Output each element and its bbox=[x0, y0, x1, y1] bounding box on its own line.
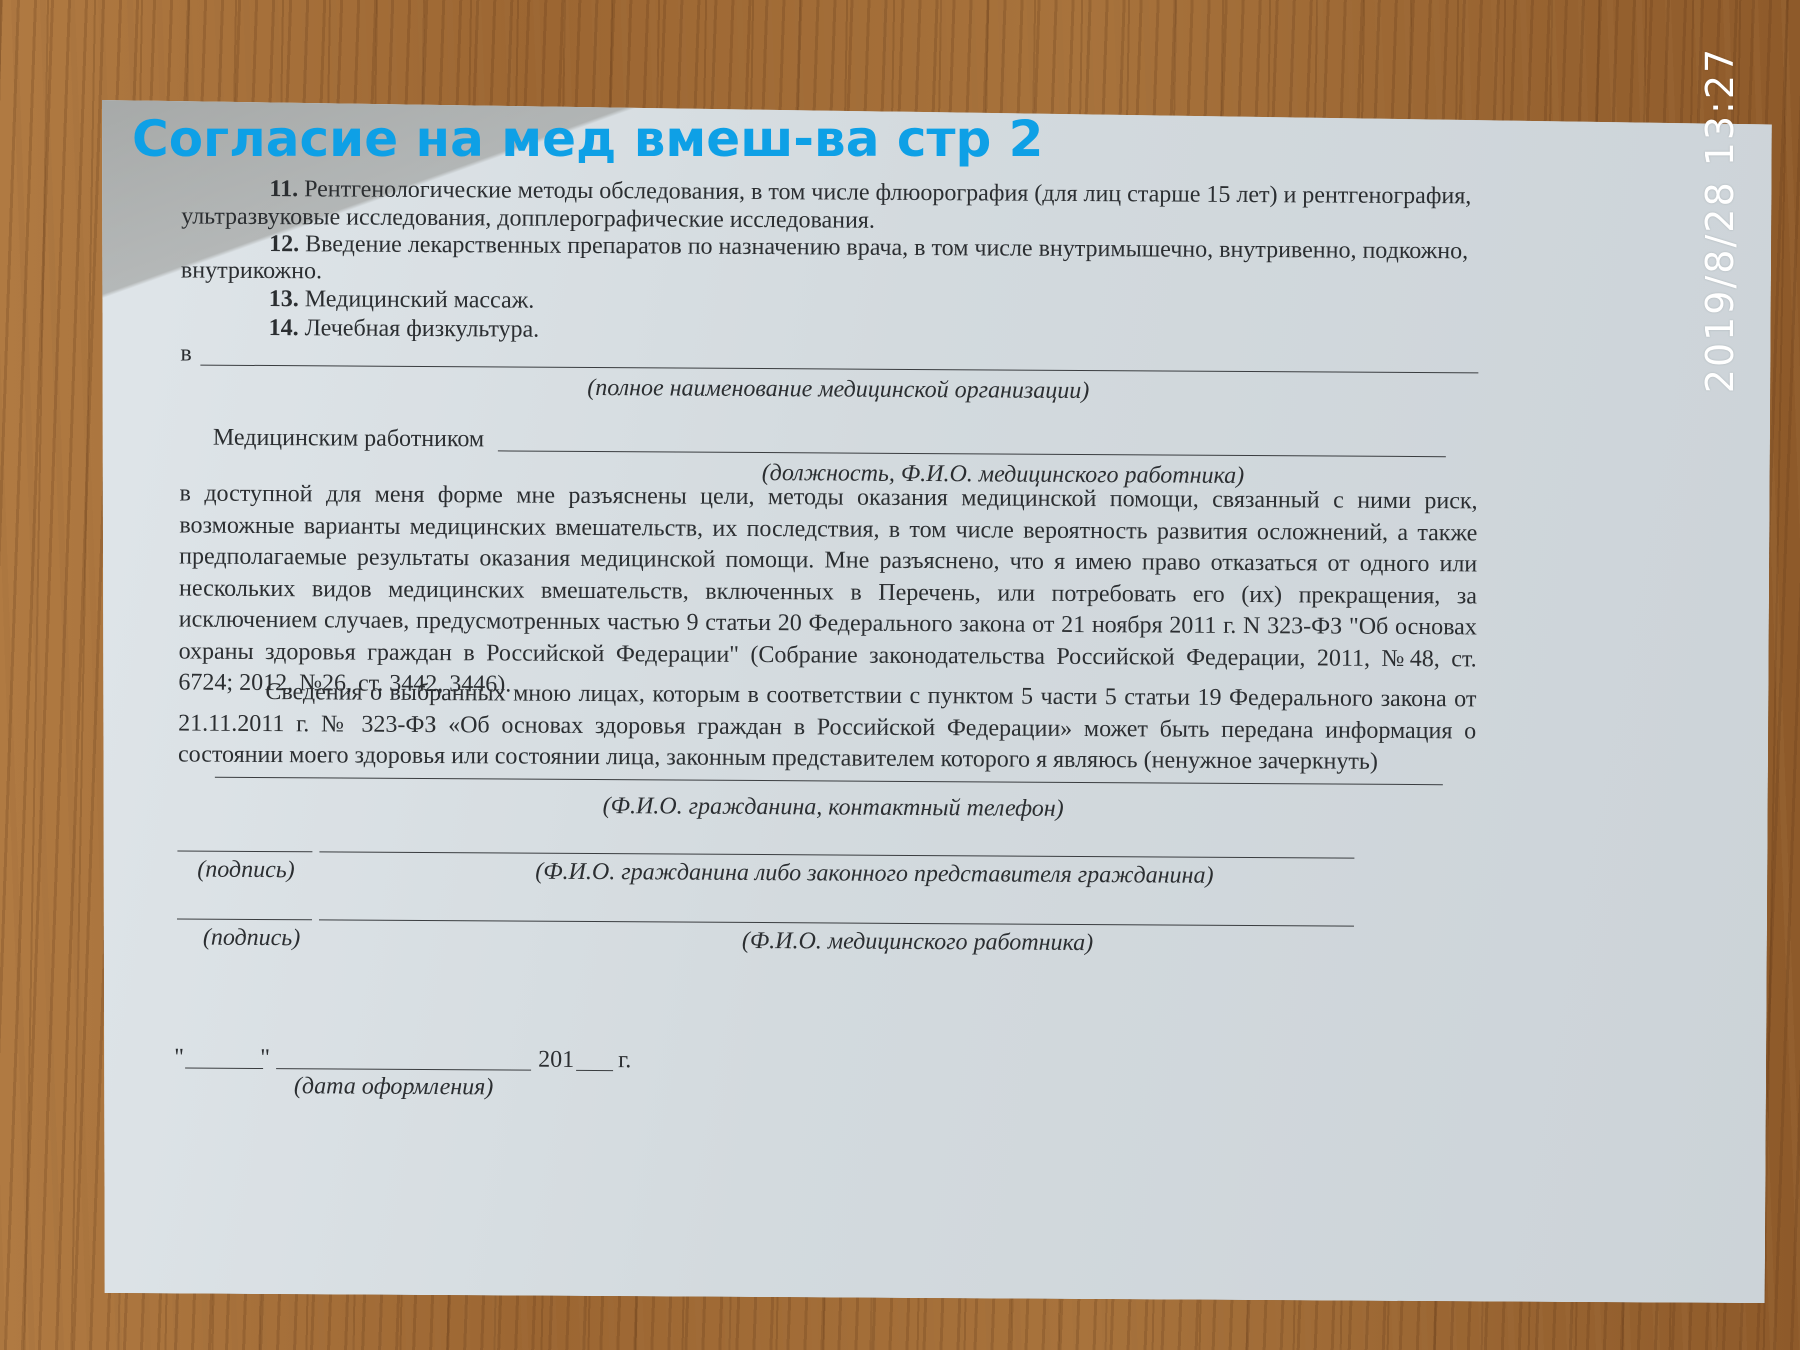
overlay-title: Согласие на мед вмеш-ва стр 2 bbox=[132, 110, 1043, 168]
worker-field-label: Медицинским работником bbox=[213, 423, 484, 456]
worker-name-caption: (Ф.И.О. медицинского работника) bbox=[742, 926, 1094, 959]
item-text: Введение лекарственных препаратов по наз… bbox=[305, 231, 1468, 264]
list-item-12: 12. Введение лекарственных препаратов по… bbox=[269, 229, 1468, 267]
org-field-prefix: в bbox=[180, 338, 192, 369]
item-number: 14. bbox=[269, 315, 299, 341]
date-close-quote: " bbox=[260, 1043, 270, 1074]
date-open-quote: " bbox=[174, 1042, 184, 1073]
consent-paragraph-1: в доступной для меня форме мне разъяснен… bbox=[178, 478, 1477, 706]
item-number: 13. bbox=[269, 286, 299, 312]
org-field-caption: (полное наименование медицинской организ… bbox=[587, 373, 1089, 407]
date-year-input[interactable] bbox=[576, 1070, 613, 1071]
timestamp-text: 2019/8/28 13:27 bbox=[1698, 47, 1742, 393]
worker-signature-input[interactable] bbox=[177, 918, 312, 920]
item-text: Медицинский массаж. bbox=[305, 286, 535, 313]
date-caption: (дата оформления) bbox=[294, 1071, 494, 1103]
worker-signature-caption: (подпись) bbox=[203, 923, 301, 955]
contact-field-caption: (Ф.И.О. гражданина, контактный телефон) bbox=[603, 791, 1064, 825]
consent-paragraph-2: Сведения о выбранных мною лицах, которым… bbox=[178, 676, 1477, 778]
list-item-13: 13. Медицинский массаж. bbox=[269, 284, 535, 317]
citizen-name-caption: (Ф.И.О. гражданина либо законного предст… bbox=[535, 857, 1213, 892]
paragraph-line: состоянии моего здоровья или состоянии л… bbox=[178, 739, 1476, 778]
item-text: Лечебная физкультура. bbox=[305, 315, 540, 342]
photo-timestamp: 2019/8/28 13:27 bbox=[1690, 50, 1750, 390]
list-item-14: 14. Лечебная физкультура. bbox=[269, 313, 540, 346]
org-field-input[interactable] bbox=[200, 365, 1478, 374]
date-year-suffix: г. bbox=[618, 1045, 631, 1076]
date-year-prefix: 201 bbox=[538, 1045, 574, 1076]
list-item-12-continuation: внутрикожно. bbox=[181, 255, 322, 287]
date-day-input[interactable] bbox=[185, 1068, 263, 1069]
item-number: 12. bbox=[269, 231, 299, 257]
citizen-signature-caption: (подпись) bbox=[197, 855, 295, 887]
citizen-signature-input[interactable] bbox=[177, 850, 312, 852]
date-month-input[interactable] bbox=[276, 1068, 531, 1071]
worker-field-input[interactable] bbox=[498, 450, 1446, 457]
contact-field-input[interactable] bbox=[215, 777, 1443, 786]
consent-form-page: 11. Рентгенологические методы обследован… bbox=[95, 100, 1772, 1303]
item-number: 11. bbox=[269, 176, 298, 202]
